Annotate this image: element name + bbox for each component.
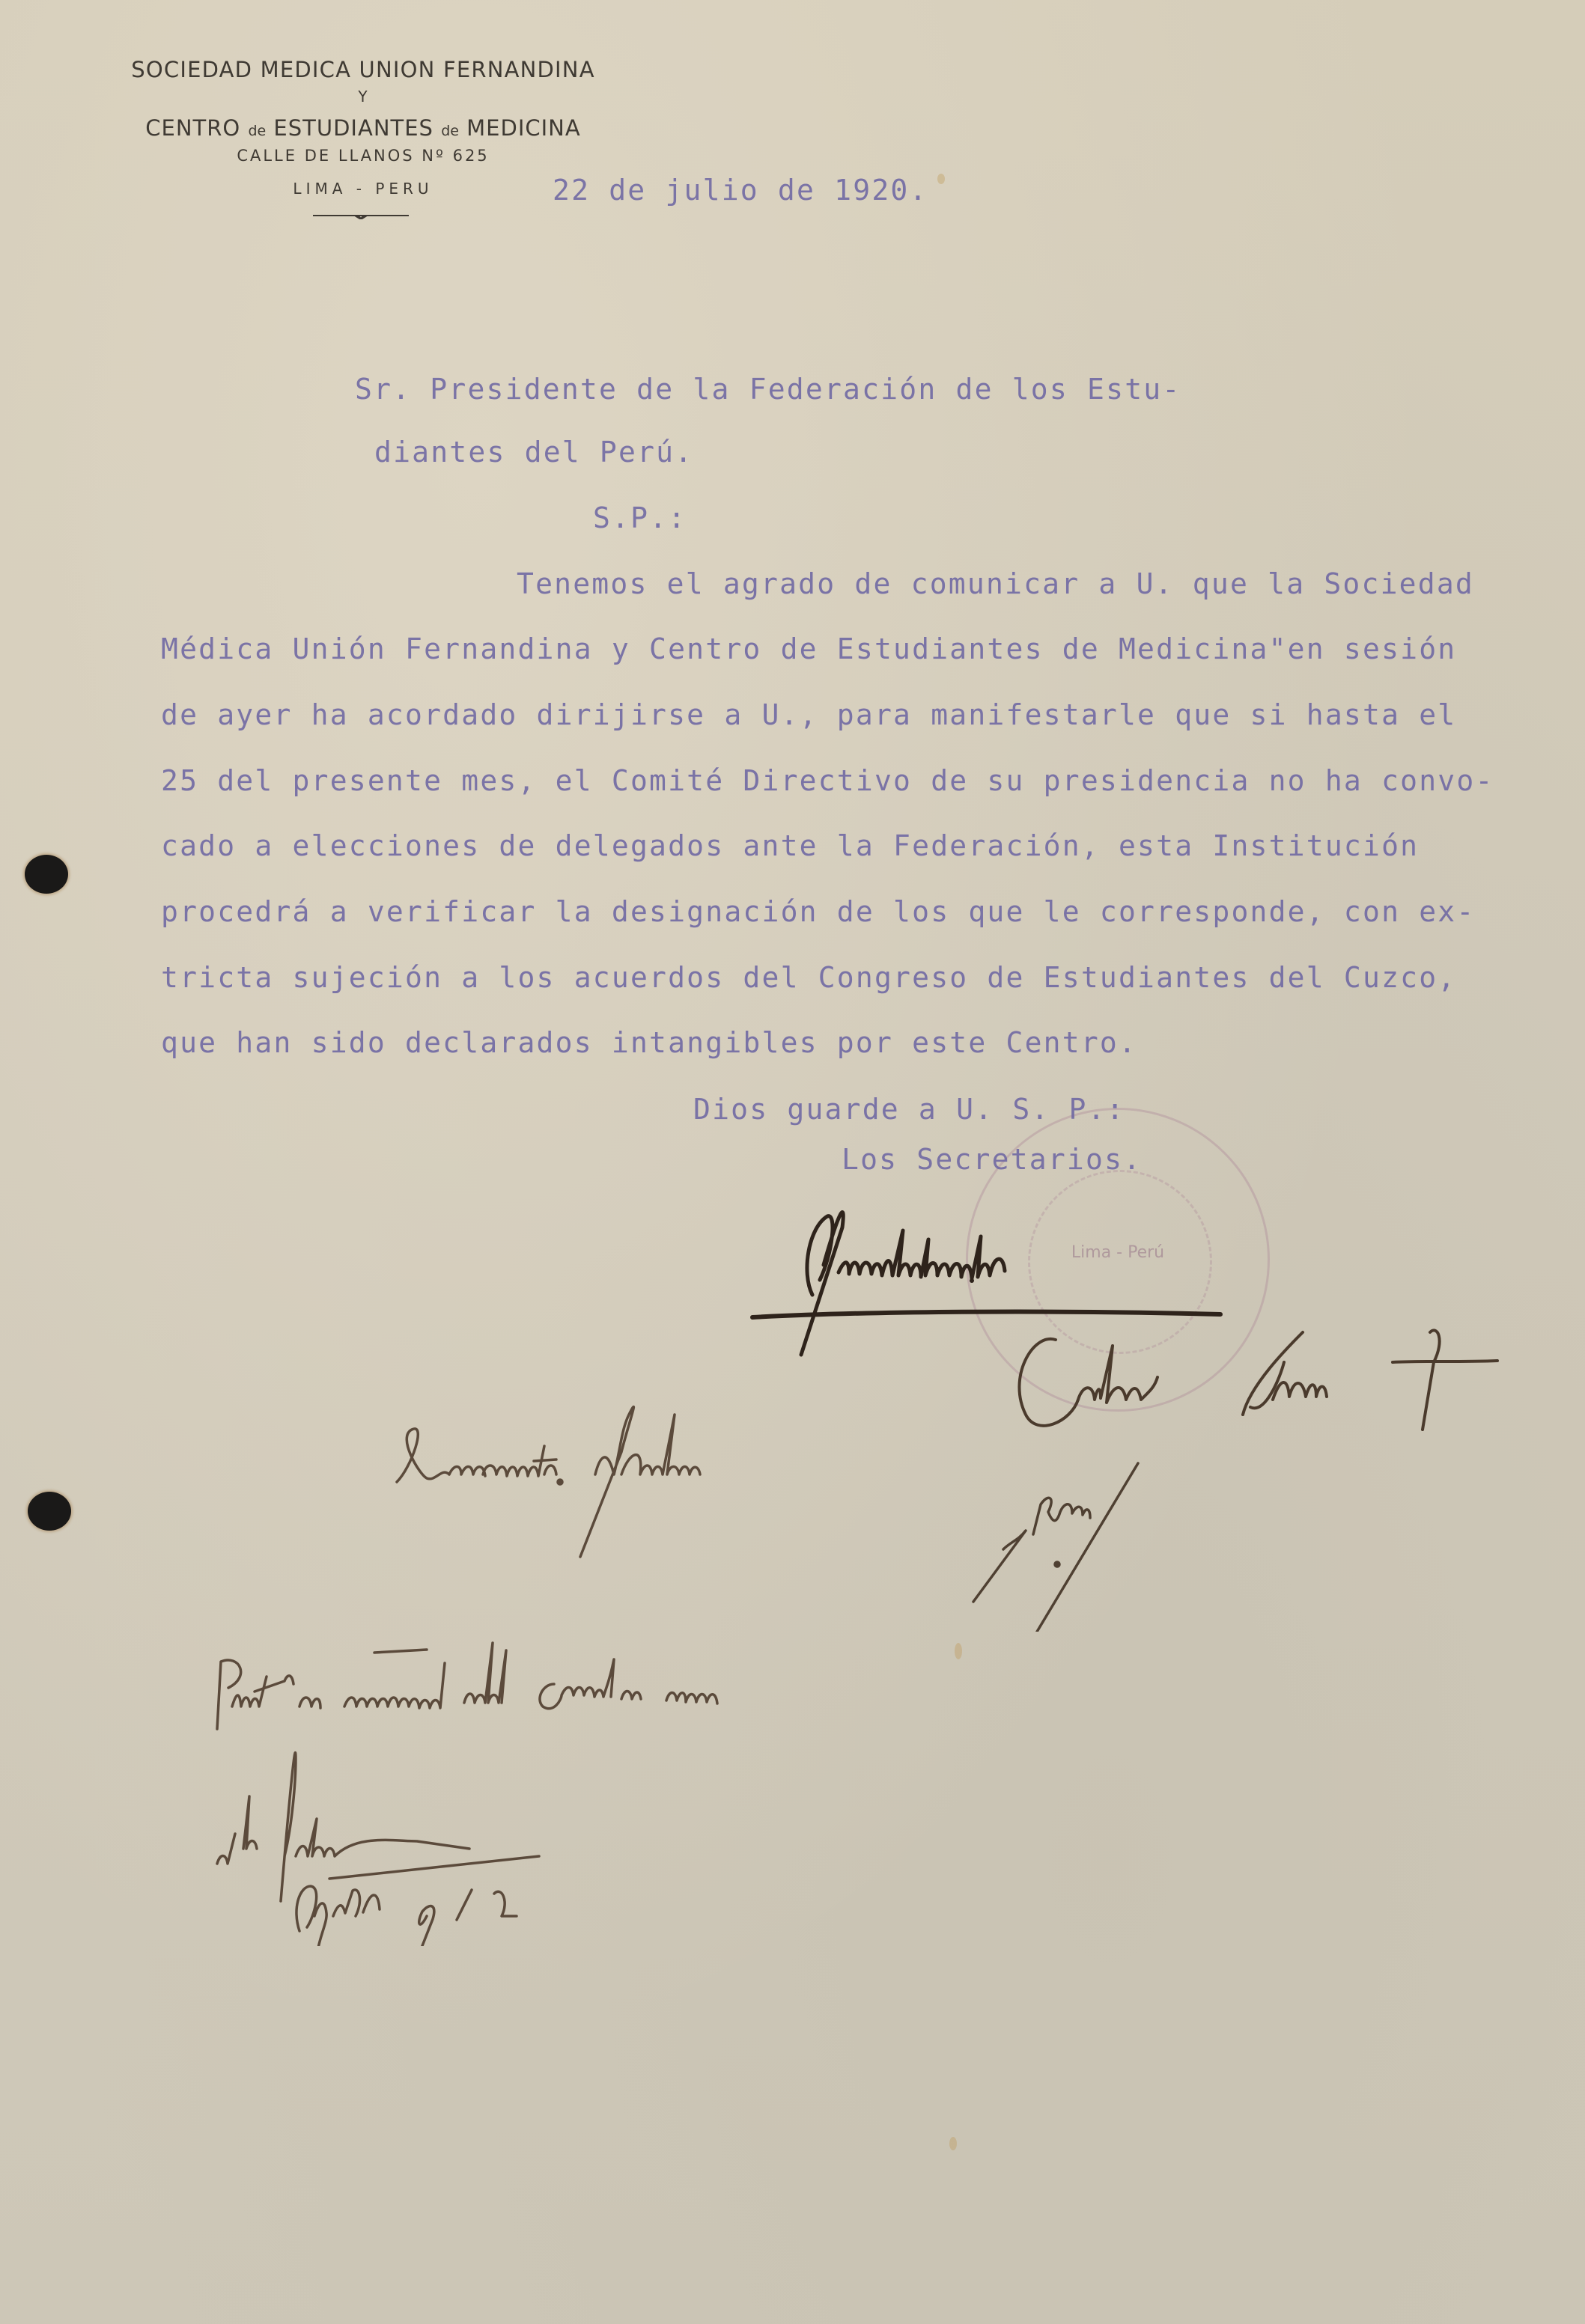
letterhead-address: CALLE DE LLANOS Nº 625: [0, 147, 726, 165]
body-line: de ayer ha acordado dirijirse a U., para…: [161, 698, 1456, 731]
paper-background: [0, 0, 1585, 2324]
ornament-icon: [313, 213, 409, 219]
closing-line-2: Los Secretarios.: [842, 1143, 1142, 1176]
letterhead-conjunction: Y: [0, 88, 726, 106]
letterhead-word: de: [248, 123, 266, 139]
punch-hole: [28, 1492, 71, 1531]
letterhead-word: MEDICINA: [466, 115, 581, 141]
letterhead-org-name: SOCIEDAD MEDICA UNION FERNANDINA: [0, 57, 726, 82]
letterhead-center-name: CENTRO de ESTUDIANTES de MEDICINA: [0, 115, 726, 141]
letterhead-word: CENTRO: [145, 115, 240, 141]
closing-line-1: Dios guarde a U. S. P.:: [693, 1093, 1125, 1126]
punch-hole: [25, 855, 68, 894]
paper-stain: [937, 174, 945, 184]
body-line: tricta sujeción a los acuerdos del Congr…: [161, 961, 1456, 994]
recipient-line-1: Sr. Presidente de la Federación de los E…: [355, 373, 1181, 406]
initials-icon: [966, 1452, 1325, 1632]
recipient-line-2: diantes del Perú.: [374, 436, 693, 469]
body-line: cado a elecciones de delegados ante la F…: [161, 829, 1419, 862]
letterhead-word: de: [441, 123, 459, 139]
body-line: Médica Unión Fernandina y Centro de Estu…: [161, 632, 1456, 665]
body-line: 25 del presente mes, el Comité Directivo…: [161, 764, 1494, 797]
letterhead-word: ESTUDIANTES: [273, 115, 433, 141]
body-line: que han sido declarados intangibles por …: [161, 1026, 1137, 1059]
annotation-2-icon: [202, 1632, 1475, 1946]
paper-stain: [949, 2137, 957, 2150]
body-line: Tenemos el agrado de comunicar a U. que …: [517, 567, 1474, 600]
salutation: S.P.:: [593, 501, 687, 534]
letter-date: 22 de julio de 1920.: [553, 174, 928, 207]
body-line: procedrá a verificar la designación de l…: [161, 895, 1475, 928]
